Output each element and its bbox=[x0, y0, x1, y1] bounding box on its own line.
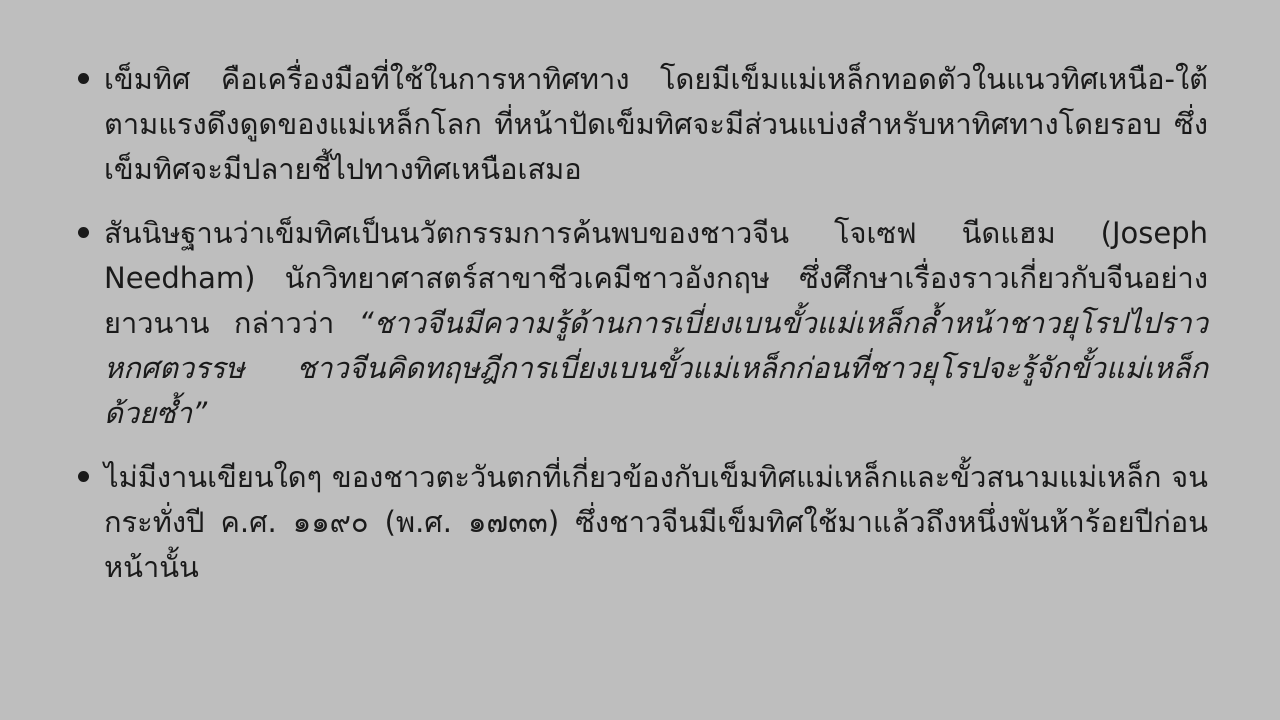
bullet-list: เข็มทิศ คือเครื่องมือที่ใช้ในการหาทิศทาง… bbox=[0, 0, 1280, 590]
bullet-3-text: ไม่มีงานเขียนใดๆ ของชาวตะวันตกที่เกี่ยวข… bbox=[104, 460, 1208, 584]
bullet-text: ไม่มีงานเขียนใดๆ ของชาวตะวันตกที่เกี่ยวข… bbox=[104, 460, 1208, 584]
bullet-item-western-records: ไม่มีงานเขียนใดๆ ของชาวตะวันตกที่เกี่ยวข… bbox=[78, 455, 1208, 590]
bullet-dot-icon bbox=[78, 73, 89, 84]
bullet-1-text: เข็มทิศ คือเครื่องมือที่ใช้ในการหาทิศทาง… bbox=[104, 62, 1208, 186]
bullet-text: สันนิษฐานว่าเข็มทิศเป็นนวัตกรรมการค้นพบข… bbox=[104, 216, 1208, 430]
bullet-text: เข็มทิศ คือเครื่องมือที่ใช้ในการหาทิศทาง… bbox=[104, 62, 1208, 186]
bullet-item-chinese-invention: สันนิษฐานว่าเข็มทิศเป็นนวัตกรรมการค้นพบข… bbox=[78, 211, 1208, 436]
slide-canvas: เข็มทิศ คือเครื่องมือที่ใช้ในการหาทิศทาง… bbox=[0, 0, 1280, 720]
bullet-item-compass-definition: เข็มทิศ คือเครื่องมือที่ใช้ในการหาทิศทาง… bbox=[78, 57, 1208, 192]
bullet-dot-icon bbox=[78, 471, 89, 482]
bullet-dot-icon bbox=[78, 227, 89, 238]
